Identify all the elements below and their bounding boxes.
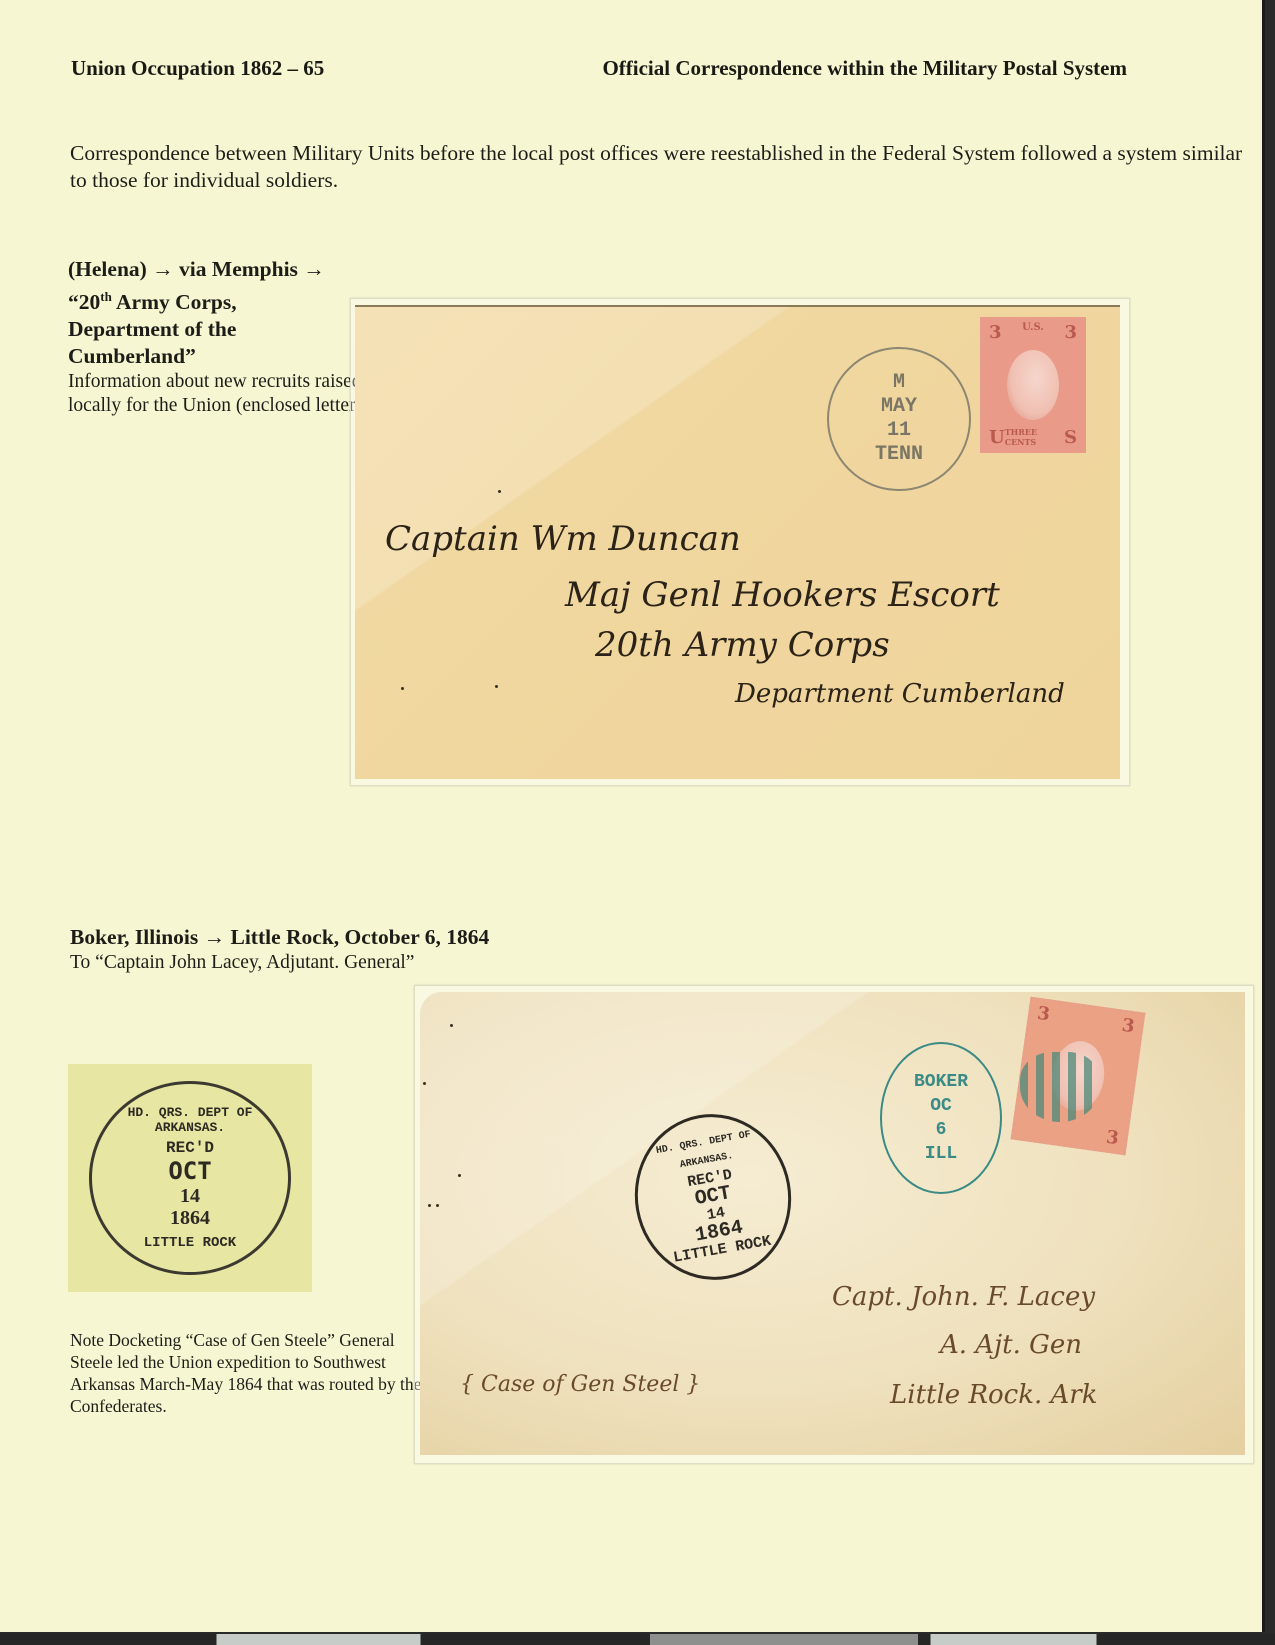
postmark-day: 6 xyxy=(936,1118,947,1142)
cover2-ink-dot xyxy=(423,1082,426,1085)
cover1-ink-dot xyxy=(495,685,498,688)
stamp-label: THREE CENTS xyxy=(1005,427,1064,448)
cover2-ink-dot xyxy=(458,1174,461,1177)
postmark-top-text: HD. QRS. DEPT OF ARKANSAS. xyxy=(92,1105,288,1135)
cover2-address-line1: Capt. John. F. Lacey xyxy=(832,1282,1095,1312)
postmark-bottom-text: LITTLE ROCK xyxy=(144,1235,236,1251)
postmark-day: 11 xyxy=(887,419,911,443)
intro-paragraph: Correspondence between Military Units be… xyxy=(70,140,1250,194)
cover2-boker-postmark: BOKER OC 6 ILL xyxy=(880,1042,1002,1194)
stamp-value-right: 3 xyxy=(1121,1015,1136,1038)
cover1-address-line3: 20th Army Corps xyxy=(595,625,890,665)
postmark-day: 14 xyxy=(180,1185,200,1207)
stamp-corner-s: S xyxy=(1064,427,1077,448)
docketing-note: Note Docketing “Case of Gen Steele” Gene… xyxy=(70,1329,430,1417)
stamp-value-left: 3 xyxy=(1036,1003,1051,1026)
cover1-caption: (Helena) → via Memphis → “20th Army Corp… xyxy=(68,256,368,418)
cover1-route-line1: (Helena) → via Memphis → xyxy=(68,256,368,283)
cover1-address-line4: Department Cumberland xyxy=(735,679,1065,709)
page-title-left: Union Occupation 1862 – 65 xyxy=(71,56,324,81)
docketing-text: Case of Gen Steel xyxy=(481,1372,679,1397)
hq-dept-arkansas-postmark: HD. QRS. DEPT OF ARKANSAS. REC'D OCT 14 … xyxy=(89,1081,291,1275)
cover1-3c-stamp: 3U.S.3 UTHREE CENTSS xyxy=(980,317,1086,453)
cover2-caption: Boker, Illinois → Little Rock, October 6… xyxy=(70,924,630,975)
cover2-hq-arkansas-postmark: HD. QRS. DEPT OF ARKANSAS. REC'D OCT 14 … xyxy=(622,1102,804,1293)
route-ordinal: “20 xyxy=(68,290,100,314)
cover2-address-line3: Little Rock. Ark xyxy=(890,1380,1097,1410)
stamp-value-right: 3 xyxy=(1064,322,1077,343)
postmark-state: TENN xyxy=(875,443,923,467)
cover2-ink-dot xyxy=(450,1024,453,1027)
postmark-enlargement: HD. QRS. DEPT OF ARKANSAS. REC'D OCT 14 … xyxy=(68,1064,312,1292)
cover2-docketing: { Case of Gen Steel } xyxy=(460,1372,700,1397)
postmark-town: M xyxy=(893,371,905,395)
cover2-addressee: To “Captain John Lacey, Adjutant. Genera… xyxy=(70,952,414,973)
cover2-ink-dot xyxy=(436,1204,439,1207)
cover1-route-line3: Department of the xyxy=(68,316,368,343)
page-title-right: Official Correspondence within the Milit… xyxy=(602,56,1127,81)
cover2-route: Boker, Illinois → Little Rock, October 6… xyxy=(70,924,630,951)
cover2-address-line2: A. Ajt. Gen xyxy=(940,1330,1082,1360)
stamp-corner-u: U xyxy=(989,427,1005,448)
postmark-month: MAY xyxy=(881,395,917,419)
postmark-month: OC xyxy=(930,1094,952,1118)
postmark-recd: REC'D xyxy=(166,1139,214,1157)
postmark-state: ILL xyxy=(925,1142,957,1166)
cover2-envelope: BOKER OC 6 ILL 33 3 HD. QRS. DEPT OF ARK… xyxy=(420,992,1245,1455)
stamp-value-left: 3 xyxy=(989,322,1002,343)
route-ordinal-suffix: th xyxy=(100,289,112,304)
cover1-envelope: M MAY 11 TENN 3U.S.3 UTHREE CENTSS Capta… xyxy=(355,305,1120,779)
postmark-month: OCT xyxy=(168,1157,211,1185)
route-line2-text: Army Corps, xyxy=(112,290,237,314)
postmark-year: 1864 xyxy=(170,1207,210,1229)
cover1-ink-dot xyxy=(498,490,501,493)
cover1-address-line2: Maj Genl Hookers Escort xyxy=(565,575,1000,615)
washington-portrait-icon xyxy=(1007,350,1059,420)
cover1-memphis-postmark: M MAY 11 TENN xyxy=(827,347,971,491)
album-page: Union Occupation 1862 – 65 Official Corr… xyxy=(0,0,1265,1632)
stamp-country: U.S. xyxy=(1022,322,1044,343)
cover1-description: Information about new recruits raised lo… xyxy=(68,371,362,416)
cover2-ink-dot xyxy=(428,1204,431,1207)
cover1-ink-dot xyxy=(401,687,404,690)
grid-cancel-icon xyxy=(1020,1052,1100,1122)
cover1-route-line2: “20th Army Corps, xyxy=(68,283,368,316)
cover1-route-line4: Cumberland” xyxy=(68,343,368,370)
cover1-address-line1: Captain Wm Duncan xyxy=(385,519,741,559)
postmark-town: BOKER xyxy=(914,1070,968,1094)
scanner-edge xyxy=(0,1634,1275,1645)
stamp-value-bottom: 3 xyxy=(1105,1127,1120,1150)
